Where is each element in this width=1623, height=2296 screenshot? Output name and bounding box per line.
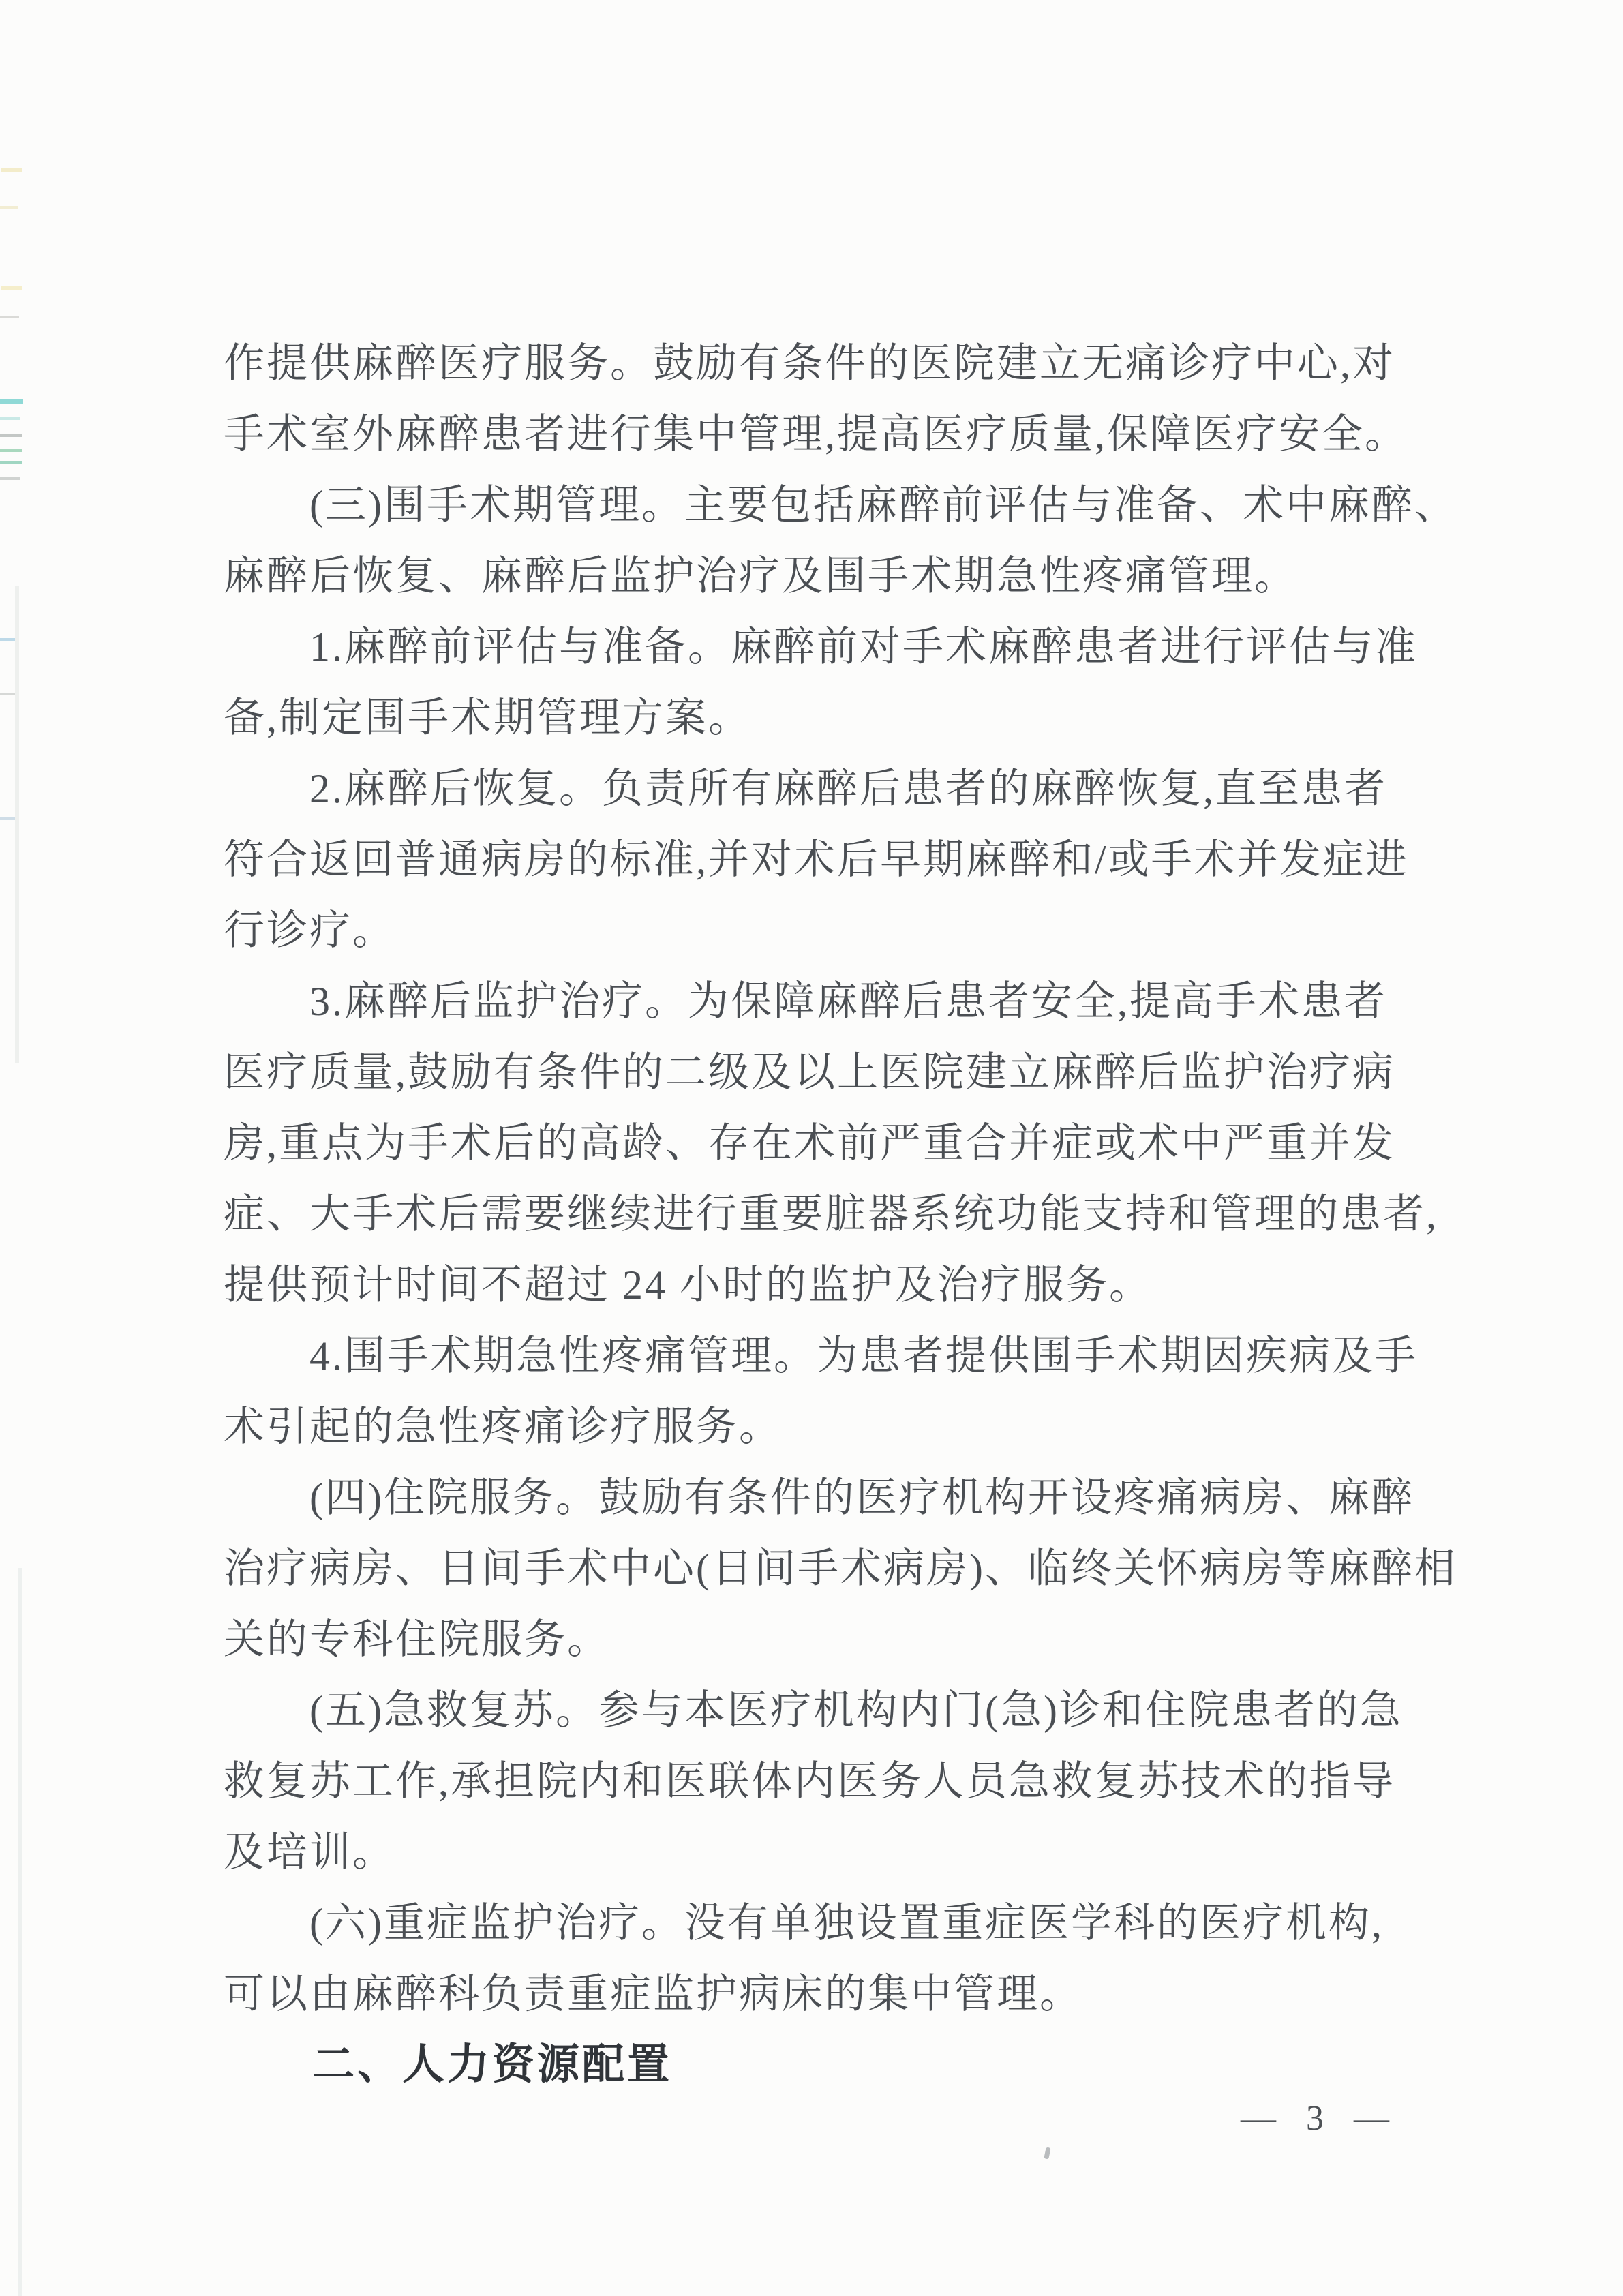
- scan-artifact-blue-2: [0, 817, 19, 820]
- footer-dash-left: —: [1241, 2098, 1276, 2139]
- text-line: 符合返回普通病房的标准,并对术后早期麻醉和/或手术并发症进: [224, 824, 1426, 895]
- text-line: 治疗病房、日间手术中心(日间手术病房)、临终关怀病房等麻醉相: [224, 1533, 1426, 1604]
- text-line: 行诊疗。: [224, 895, 1426, 966]
- text-line: 可以由麻醉科负责重症监护病床的集中管理。: [224, 1959, 1426, 2029]
- text-line: 救复苏工作,承担院内和医联体内医务人员急救复苏技术的指导: [224, 1746, 1426, 1817]
- scan-artifact-gray-1: [0, 316, 19, 318]
- document-page: 作提供麻醉医疗服务。鼓励有条件的医院建立无痛诊疗中心,对手术室外麻醉患者进行集中…: [0, 0, 1623, 2296]
- scan-artifact-vertical-2: [18, 1568, 22, 2296]
- text-line: 备,制定围手术期管理方案。: [224, 682, 1426, 753]
- scan-artifact-gray-3: [0, 477, 20, 480]
- text-line: 2.麻醉后恢复。负责所有麻醉后患者的麻醉恢复,直至患者: [224, 753, 1426, 824]
- text-line: 作提供麻醉医疗服务。鼓励有条件的医院建立无痛诊疗中心,对: [224, 328, 1426, 399]
- scan-artifact-green-2: [0, 461, 22, 464]
- scan-artifact-speck: [1044, 2147, 1050, 2159]
- scan-artifact-cyan-2: [0, 417, 20, 420]
- text-line: 麻醉后恢复、麻醉后监护治疗及围手术期急性疼痛管理。: [224, 541, 1426, 611]
- scan-artifact-yellow-3: [1, 286, 22, 290]
- scan-artifact-yellow-2: [0, 206, 18, 209]
- text-line: 4.围手术期急性疼痛管理。为患者提供围手术期因疾病及手: [224, 1320, 1426, 1391]
- text-line: (四)住院服务。鼓励有条件的医疗机构开设疼痛病房、麻醉: [224, 1462, 1426, 1533]
- text-line: 提供预计时间不超过 24 小时的监护及治疗服务。: [224, 1250, 1426, 1320]
- section-heading: 二、人力资源配置: [224, 2029, 1426, 2100]
- scan-artifact-green-1: [0, 449, 22, 452]
- scan-artifact-gray-2: [0, 434, 22, 437]
- footer-page-number: 3: [1306, 2098, 1324, 2139]
- text-line: 术引起的急性疼痛诊疗服务。: [224, 1391, 1426, 1462]
- text-line: 关的专科住院服务。: [224, 1604, 1426, 1675]
- text-line: (三)围手术期管理。主要包括麻醉前评估与准备、术中麻醉、: [224, 470, 1426, 541]
- footer-dash-right: —: [1354, 2098, 1389, 2139]
- text-line: 手术室外麻醉患者进行集中管理,提高医疗质量,保障医疗安全。: [224, 399, 1426, 470]
- page-footer: — 3 —: [1241, 2098, 1389, 2139]
- text-line: 症、大手术后需要继续进行重要脏器系统功能支持和管理的患者,: [224, 1179, 1426, 1250]
- scan-artifact-cyan-1: [0, 399, 23, 404]
- text-line: (五)急救复苏。参与本医疗机构内门(急)诊和住院患者的急: [224, 1675, 1426, 1746]
- text-line: 3.麻醉后监护治疗。为保障麻醉后患者安全,提高手术患者: [224, 966, 1426, 1037]
- document-body: 作提供麻醉医疗服务。鼓励有条件的医院建立无痛诊疗中心,对手术室外麻醉患者进行集中…: [224, 328, 1426, 2100]
- scan-artifact-vertical-1: [15, 586, 19, 1063]
- text-line: 医疗质量,鼓励有条件的二级及以上医院建立麻醉后监护治疗病: [224, 1037, 1426, 1108]
- scan-artifact-gray-4: [0, 693, 15, 695]
- scan-artifact-blue-1: [0, 638, 18, 641]
- text-line: 及培训。: [224, 1817, 1426, 1888]
- text-line: 房,重点为手术后的高龄、存在术前严重合并症或术中严重并发: [224, 1108, 1426, 1179]
- text-line: (六)重症监护治疗。没有单独设置重症医学科的医疗机构,: [224, 1888, 1426, 1959]
- text-line: 1.麻醉前评估与准备。麻醉前对手术麻醉患者进行评估与准: [224, 611, 1426, 682]
- scan-artifact-yellow-1: [1, 168, 22, 172]
